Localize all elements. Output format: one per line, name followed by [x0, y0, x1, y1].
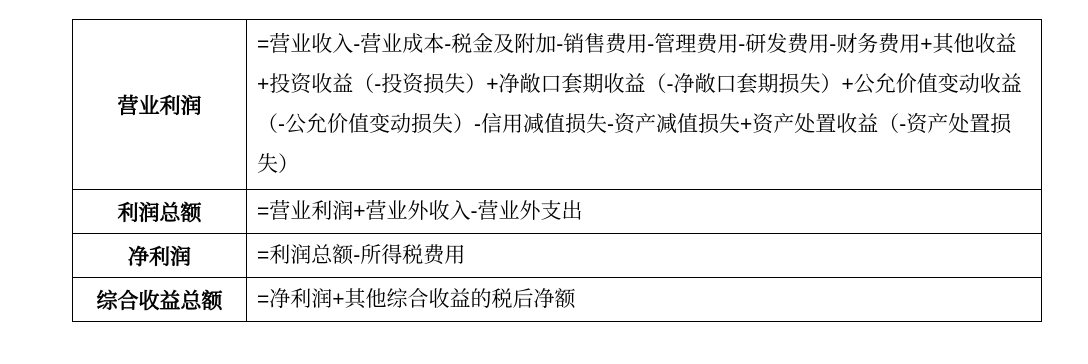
profit-formula-table: 营业利润 =营业收入-营业成本-税金及附加-销售费用-管理费用-研发费用-财务费…	[72, 19, 1042, 322]
table-row-operating-profit: 营业利润 =营业收入-营业成本-税金及附加-销售费用-管理费用-研发费用-财务费…	[73, 20, 1042, 190]
formula-net-profit: =利润总额-所得税费用	[247, 234, 1042, 278]
term-net-profit: 净利润	[73, 234, 247, 278]
profit-formula-table-body: 营业利润 =营业收入-营业成本-税金及附加-销售费用-管理费用-研发费用-财务费…	[73, 20, 1042, 322]
table-row-net-profit: 净利润 =利润总额-所得税费用	[73, 234, 1042, 278]
term-total-comprehensive-income: 综合收益总额	[73, 278, 247, 322]
table-row-total-profit: 利润总额 =营业利润+营业外收入-营业外支出	[73, 190, 1042, 234]
formula-operating-profit: =营业收入-营业成本-税金及附加-销售费用-管理费用-研发费用-财务费用+其他收…	[247, 20, 1042, 190]
formula-total-comprehensive-income: =净利润+其他综合收益的税后净额	[247, 278, 1042, 322]
term-total-profit: 利润总额	[73, 190, 247, 234]
formula-total-profit: =营业利润+营业外收入-营业外支出	[247, 190, 1042, 234]
table-row-total-comprehensive-income: 综合收益总额 =净利润+其他综合收益的税后净额	[73, 278, 1042, 322]
term-operating-profit: 营业利润	[73, 20, 247, 190]
